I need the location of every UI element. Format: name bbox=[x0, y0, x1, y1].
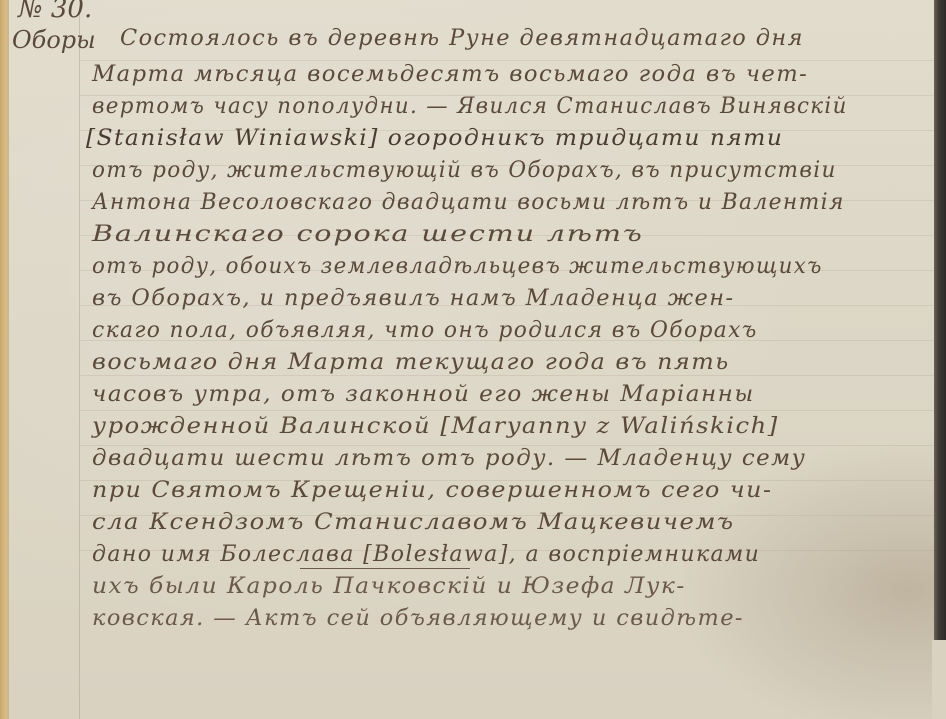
ruled-line bbox=[80, 375, 934, 376]
page-corner-fold bbox=[932, 640, 946, 719]
record-line: дано имя Болеслава [Bolesława], а воспрі… bbox=[92, 542, 760, 567]
name-underline bbox=[300, 568, 470, 569]
record-line: сла Ксендзомъ Станиславомъ Мацкевичемъ bbox=[92, 510, 735, 535]
book-binding-edge bbox=[934, 0, 946, 719]
record-line: двадцати шести лѣтъ отъ роду. — Младенцу… bbox=[92, 446, 806, 471]
record-line: восьмаго дня Марта текущаго года въ пять bbox=[92, 350, 730, 375]
record-line: отъ роду, жительствующій въ Оборахъ, въ … bbox=[92, 158, 837, 183]
scanned-document-page: № 30. Оборы Состоялось въ деревнѣ Руне д… bbox=[0, 0, 946, 719]
record-line: въ Оборахъ, и предъявилъ намъ Младенца ж… bbox=[92, 286, 734, 311]
record-line: Антона Весоловскаго двадцати восьми лѣтъ… bbox=[92, 190, 845, 215]
page-left-edge bbox=[0, 0, 9, 719]
record-line: скаго пола, объявляя, что онъ родился въ… bbox=[92, 318, 758, 343]
record-line: Марта мѣсяца восемьдесятъ восьмаго года … bbox=[92, 62, 808, 87]
record-line: Валинскаго сорока шести лѣтъ bbox=[92, 222, 644, 247]
record-line: при Святомъ Крещеніи, совершенномъ сего … bbox=[92, 478, 773, 503]
ruled-line bbox=[80, 410, 934, 411]
record-line: отъ роду, обоихъ землевладѣльцевъ житель… bbox=[92, 254, 823, 279]
margin-rule bbox=[79, 0, 80, 719]
record-line: Состоялось въ деревнѣ Руне девятнадцатаг… bbox=[120, 26, 804, 51]
record-line: ковская. — Актъ сей объявляющему и свидѣ… bbox=[92, 606, 744, 631]
record-line: ихъ были Кароль Пачковскій и Юзефа Лук- bbox=[92, 574, 686, 599]
record-line: часовъ утра, отъ законной его жены Маріа… bbox=[92, 382, 755, 407]
ruled-line bbox=[80, 60, 934, 61]
record-line: вертомъ часу пополудни. — Явился Станисл… bbox=[92, 94, 848, 119]
entry-number: № 30. bbox=[18, 0, 92, 24]
margin-place-name: Оборы bbox=[12, 26, 96, 54]
record-line: [Stanisław Winiawski] огородникъ тридцат… bbox=[86, 126, 783, 151]
record-line: урожденной Валинской [Maryanny z Walińsk… bbox=[92, 414, 779, 439]
